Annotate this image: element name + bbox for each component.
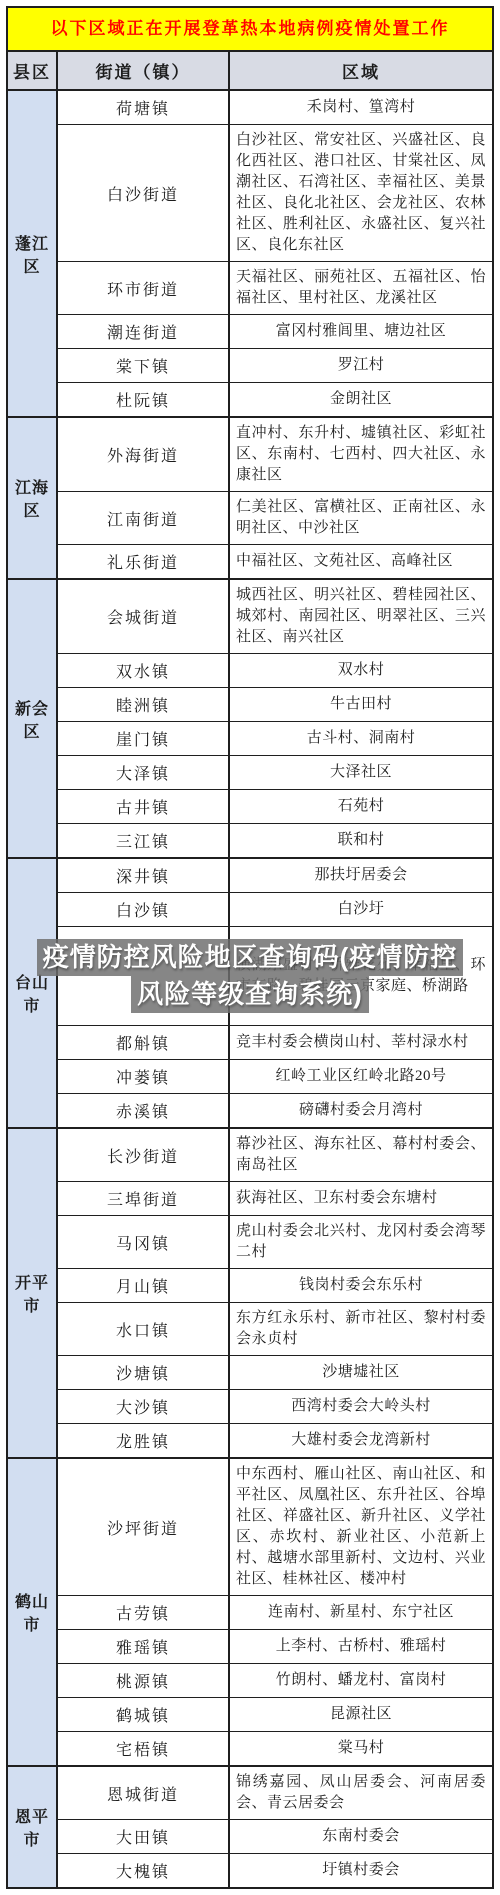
region-cell: 中东西村、雁山社区、南山社区、和平社区、凤凰社区、东升社区、谷埠社区、祥盛社区、… <box>229 1458 493 1596</box>
district-cell: 开平市 <box>7 1128 57 1458</box>
table-row: 礼乐街道中福社区、文苑社区、高峰社区 <box>7 545 493 580</box>
region-cell: 大雄村委会龙湾新村 <box>229 1424 493 1459</box>
region-cell: 大泽社区 <box>229 756 493 790</box>
table-row: 三江镇联和村 <box>7 824 493 859</box>
region-cell: 荻海社区、卫东村委会东塘村 <box>229 1182 493 1216</box>
table-row: 冲蒌镇红岭工业区红岭北路20号 <box>7 1060 493 1094</box>
region-cell: 中福社区、文苑社区、高峰社区 <box>229 545 493 580</box>
street-cell: 大沙镇 <box>57 1390 229 1424</box>
table-row: 双水镇双水村 <box>7 654 493 688</box>
table-row: 开平市长沙街道幕沙社区、海东社区、幕村村委会、南岛社区 <box>7 1128 493 1182</box>
region-cell: 禾岗村、篁湾村 <box>229 90 493 125</box>
street-cell: 白沙街道 <box>57 125 229 262</box>
table-row: 月山镇钱岗村委会东乐村 <box>7 1269 493 1303</box>
region-cell: 石苑村 <box>229 790 493 824</box>
street-cell: 鹤城镇 <box>57 1698 229 1732</box>
street-cell: 冲蒌镇 <box>57 1060 229 1094</box>
table-row: 白沙镇白沙圩 <box>7 893 493 927</box>
street-cell: 双水镇 <box>57 654 229 688</box>
street-cell: 桃源镇 <box>57 1664 229 1698</box>
table-row: 大槐镇圩镇村委会 <box>7 1854 493 1889</box>
table-row: 大泽镇大泽社区 <box>7 756 493 790</box>
table-row: 都斛镇竞丰村委会横岗山村、莘村渌水村 <box>7 1026 493 1060</box>
region-cell: 西湾村委会大岭头村 <box>229 1390 493 1424</box>
street-cell: 大田镇 <box>57 1820 229 1854</box>
table-row: 赤溪镇磅礴村委会月湾村 <box>7 1094 493 1129</box>
table-row: 睦洲镇牛古田村 <box>7 688 493 722</box>
region-table: 县区 街道（镇） 区域 蓬江区荷塘镇禾岗村、篁湾村白沙街道白沙社区、常安社区、兴… <box>6 50 494 1889</box>
region-cell: 磅礴村委会月湾村 <box>229 1094 493 1129</box>
region-cell: 仁美社区、富横社区、正南社区、永明社区、中沙社区 <box>229 492 493 545</box>
table-row: 沙塘镇沙塘墟社区 <box>7 1356 493 1390</box>
table-row: 江海区外海街道直冲村、东升村、墟镇社区、彩虹社区、东南村、七西村、四大社区、永康… <box>7 417 493 492</box>
district-cell: 江海区 <box>7 417 57 579</box>
street-cell: 赤溪镇 <box>57 1094 229 1129</box>
region-cell: 东南村委会 <box>229 1820 493 1854</box>
region-cell: 罗江村 <box>229 349 493 383</box>
table-row: 杜阮镇金朗社区 <box>7 383 493 418</box>
table-row: 台山市深井镇那扶圩居委会 <box>7 858 493 893</box>
notice-banner-text: 以下区域正在开展登革热本地病例疫情处置工作 <box>51 19 450 38</box>
table-row: 棠下镇罗江村 <box>7 349 493 383</box>
table-row: 恩平市恩城街道锦绣嘉园、凤山居委会、河南居委会、青云居委会 <box>7 1766 493 1820</box>
col-header-district: 县区 <box>7 51 57 90</box>
col-header-region: 区域 <box>229 51 493 90</box>
street-cell: 环市街道 <box>57 262 229 315</box>
region-cell: 竞丰村委会横岗山村、莘村渌水村 <box>229 1026 493 1060</box>
page: 以下区域正在开展登革热本地病例疫情处置工作 县区 街道（镇） 区域 蓬江区荷塘镇… <box>0 0 500 1895</box>
street-cell: 沙坪街道 <box>57 1458 229 1596</box>
table-header-row: 县区 街道（镇） 区域 <box>7 51 493 90</box>
street-cell <box>57 927 229 1026</box>
street-cell: 三埠街道 <box>57 1182 229 1216</box>
region-cell: 上李村、古桥村、雅瑶村 <box>229 1630 493 1664</box>
table-row: 蓬江区荷塘镇禾岗村、篁湾村 <box>7 90 493 125</box>
street-cell: 杜阮镇 <box>57 383 229 418</box>
region-cell: 双水村 <box>229 654 493 688</box>
district-cell: 新会区 <box>7 579 57 858</box>
table-row: 宅梧镇棠马村 <box>7 1732 493 1767</box>
street-cell: 深井镇 <box>57 858 229 893</box>
table-row: 古劳镇连南村、新星村、东宁社区 <box>7 1596 493 1630</box>
region-cell: 红岭工业区红岭北路20号 <box>229 1060 493 1094</box>
table-row: 潮连街道富冈村雅闾里、塘边社区 <box>7 315 493 349</box>
region-cell: 虎山村委会北兴村、龙冈村委会湾琴二村 <box>229 1216 493 1269</box>
street-cell: 沙塘镇 <box>57 1356 229 1390</box>
street-cell: 睦洲镇 <box>57 688 229 722</box>
street-cell: 外海街道 <box>57 417 229 492</box>
table-row: 环市街道天福社区、丽苑社区、五福社区、怡福社区、里村社区、龙溪社区 <box>7 262 493 315</box>
region-cell: 横湖东盛村、侨雅花苑、幸福里、环市东路、碧桂园云京家庭、桥湖路 <box>229 927 493 1026</box>
table-row: 鹤山市沙坪街道中东西村、雁山社区、南山社区、和平社区、凤凰社区、东升社区、谷埠社… <box>7 1458 493 1596</box>
district-cell: 恩平市 <box>7 1766 57 1888</box>
region-cell: 沙塘墟社区 <box>229 1356 493 1390</box>
table-row: 白沙街道白沙社区、常安社区、兴盛社区、良化西社区、港口社区、甘棠社区、凤潮社区、… <box>7 125 493 262</box>
region-cell: 金朗社区 <box>229 383 493 418</box>
region-cell: 钱岗村委会东乐村 <box>229 1269 493 1303</box>
table-row: 马冈镇虎山村委会北兴村、龙冈村委会湾琴二村 <box>7 1216 493 1269</box>
street-cell: 月山镇 <box>57 1269 229 1303</box>
table-row: 崖门镇古斗村、洞南村 <box>7 722 493 756</box>
region-cell: 联和村 <box>229 824 493 859</box>
street-cell: 长沙街道 <box>57 1128 229 1182</box>
region-cell: 古斗村、洞南村 <box>229 722 493 756</box>
table-row: 龙胜镇大雄村委会龙湾新村 <box>7 1424 493 1459</box>
district-cell: 蓬江区 <box>7 90 57 417</box>
region-cell: 白沙圩 <box>229 893 493 927</box>
street-cell: 棠下镇 <box>57 349 229 383</box>
region-cell: 牛古田村 <box>229 688 493 722</box>
table-row: 三埠街道荻海社区、卫东村委会东塘村 <box>7 1182 493 1216</box>
region-cell: 昆源社区 <box>229 1698 493 1732</box>
region-cell: 圩镇村委会 <box>229 1854 493 1889</box>
table-row: 大田镇东南村委会 <box>7 1820 493 1854</box>
street-cell: 白沙镇 <box>57 893 229 927</box>
street-cell: 古劳镇 <box>57 1596 229 1630</box>
street-cell: 潮连街道 <box>57 315 229 349</box>
region-cell: 竹朗村、蟠龙村、富岗村 <box>229 1664 493 1698</box>
street-cell: 马冈镇 <box>57 1216 229 1269</box>
table-body: 蓬江区荷塘镇禾岗村、篁湾村白沙街道白沙社区、常安社区、兴盛社区、良化西社区、港口… <box>7 90 493 1888</box>
notice-banner: 以下区域正在开展登革热本地病例疫情处置工作 <box>6 6 494 52</box>
street-cell: 大槐镇 <box>57 1854 229 1889</box>
region-cell: 富冈村雅闾里、塘边社区 <box>229 315 493 349</box>
street-cell: 古井镇 <box>57 790 229 824</box>
street-cell: 江南街道 <box>57 492 229 545</box>
table-row: 鹤城镇昆源社区 <box>7 1698 493 1732</box>
district-cell: 鹤山市 <box>7 1458 57 1766</box>
street-cell: 三江镇 <box>57 824 229 859</box>
street-cell: 荷塘镇 <box>57 90 229 125</box>
table-row: 古井镇石苑村 <box>7 790 493 824</box>
region-cell: 连南村、新星村、东宁社区 <box>229 1596 493 1630</box>
table-row: 新会区会城街道城西社区、明兴社区、碧桂园社区、城郊村、南园社区、明翠社区、三兴社… <box>7 579 493 654</box>
region-cell: 城西社区、明兴社区、碧桂园社区、城郊村、南园社区、明翠社区、三兴社区、南兴社区 <box>229 579 493 654</box>
region-cell: 东方红永乐村、新市社区、黎村村委会永贞村 <box>229 1303 493 1356</box>
street-cell: 雅瑶镇 <box>57 1630 229 1664</box>
street-cell: 礼乐街道 <box>57 545 229 580</box>
region-cell: 幕沙社区、海东社区、幕村村委会、南岛社区 <box>229 1128 493 1182</box>
street-cell: 水口镇 <box>57 1303 229 1356</box>
region-cell: 棠马村 <box>229 1732 493 1767</box>
region-cell: 那扶圩居委会 <box>229 858 493 893</box>
table-row: 大沙镇西湾村委会大岭头村 <box>7 1390 493 1424</box>
street-cell: 恩城街道 <box>57 1766 229 1820</box>
street-cell: 龙胜镇 <box>57 1424 229 1459</box>
col-header-street: 街道（镇） <box>57 51 229 90</box>
table-row: 横湖东盛村、侨雅花苑、幸福里、环市东路、碧桂园云京家庭、桥湖路 <box>7 927 493 1026</box>
region-cell: 锦绣嘉园、凤山居委会、河南居委会、青云居委会 <box>229 1766 493 1820</box>
table-row: 雅瑶镇上李村、古桥村、雅瑶村 <box>7 1630 493 1664</box>
region-cell: 白沙社区、常安社区、兴盛社区、良化西社区、港口社区、甘棠社区、凤潮社区、石湾社区… <box>229 125 493 262</box>
street-cell: 都斛镇 <box>57 1026 229 1060</box>
street-cell: 宅梧镇 <box>57 1732 229 1767</box>
street-cell: 会城街道 <box>57 579 229 654</box>
region-cell: 天福社区、丽苑社区、五福社区、怡福社区、里村社区、龙溪社区 <box>229 262 493 315</box>
district-cell: 台山市 <box>7 858 57 1128</box>
region-cell: 直冲村、东升村、墟镇社区、彩虹社区、东南村、七西村、四大社区、永康社区 <box>229 417 493 492</box>
table-row: 江南街道仁美社区、富横社区、正南社区、永明社区、中沙社区 <box>7 492 493 545</box>
street-cell: 大泽镇 <box>57 756 229 790</box>
table-row: 桃源镇竹朗村、蟠龙村、富岗村 <box>7 1664 493 1698</box>
street-cell: 崖门镇 <box>57 722 229 756</box>
table-row: 水口镇东方红永乐村、新市社区、黎村村委会永贞村 <box>7 1303 493 1356</box>
